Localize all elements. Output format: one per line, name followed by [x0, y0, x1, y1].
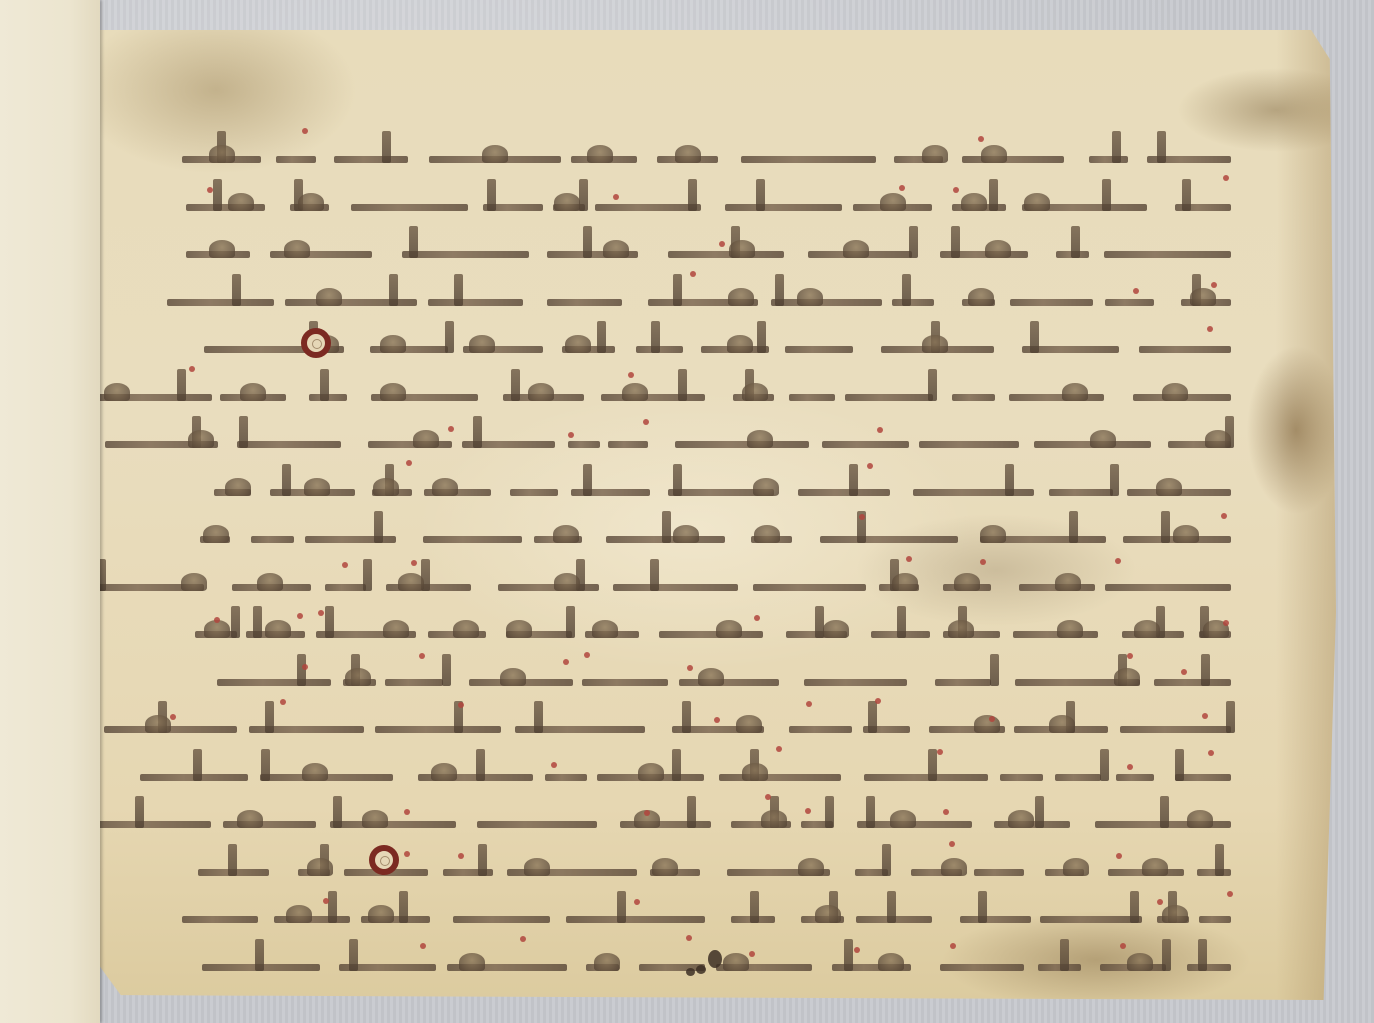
script-line: [191, 885, 1251, 931]
script-line: [191, 695, 1251, 741]
script-line: [191, 173, 1251, 219]
script-line: [191, 790, 1251, 836]
ink-blot: [686, 968, 695, 976]
script-line: [191, 648, 1251, 694]
verse-marker-1: [301, 328, 331, 358]
script-line: [191, 553, 1251, 599]
script-line: [191, 410, 1251, 456]
script-line: [191, 220, 1251, 266]
script-line: [191, 363, 1251, 409]
script-line: [191, 125, 1251, 171]
edge-stain: [1276, 30, 1336, 1000]
ink-blot: [708, 950, 722, 968]
script-line: [191, 838, 1251, 884]
script-lines: [191, 125, 1251, 980]
script-line: [191, 743, 1251, 789]
ink-blot: [696, 965, 706, 974]
verse-marker-2: [369, 845, 399, 875]
script-line: [191, 600, 1251, 646]
script-line: [191, 458, 1251, 504]
script-line: [191, 505, 1251, 551]
adjacent-page-strip: [0, 0, 100, 1023]
script-line: [191, 268, 1251, 314]
script-line: [191, 315, 1251, 361]
parchment-folio: Stained parchment leaf with 18 lines of …: [96, 30, 1336, 1000]
